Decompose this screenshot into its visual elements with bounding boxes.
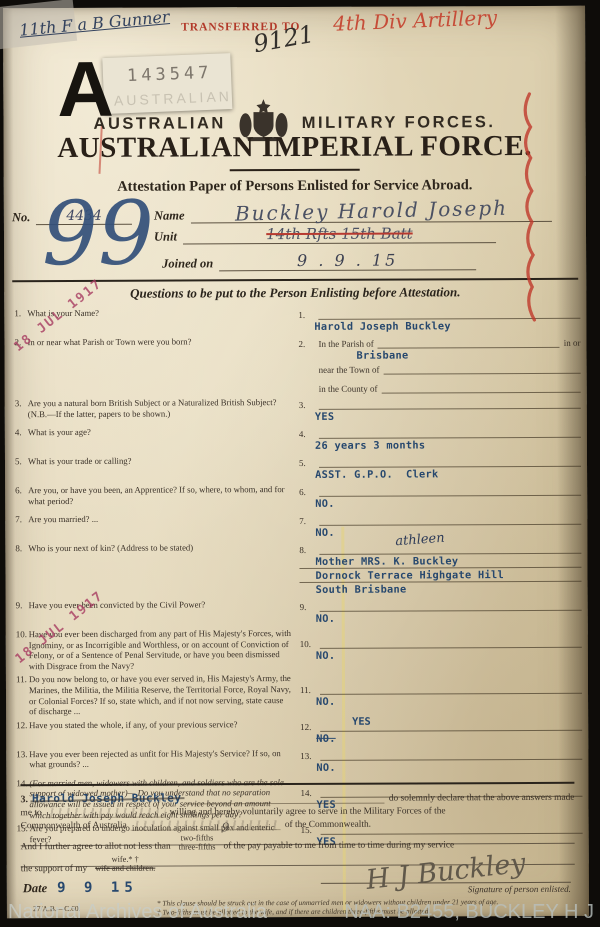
smudged-text [131,820,281,831]
label-ghost-text: AUSTRALIAN [114,88,233,109]
question-text: What is your age? [28,427,91,453]
signature-block: H J Buckley Signature of person enlisted… [321,856,571,895]
archive-label: 143547 AUSTRALIAN [102,53,232,114]
typed-answer: NO. [300,761,582,774]
question-number: 8. [15,543,28,597]
unit-value: 14th Rfts 15th Batt [266,224,413,243]
typed-answer: NO. [299,497,581,510]
answer-line [319,396,581,410]
joined-label: Joined on [162,256,213,271]
typed-answer-kin-2: Dornock Terrace Highgate Hill [299,569,581,583]
smudged-text [46,808,166,819]
declaration-number: 3. [20,794,28,805]
answer-line [384,361,581,375]
blank-line [186,793,385,805]
answer-line [319,425,581,439]
typed-answer: ASST. G.P.O. Clerk [299,468,581,481]
question-text: What is your trade or calling? [28,456,132,482]
typed-answer: NO. [300,732,582,745]
unit-field: Unit 14th Rfts 15th Batt [154,226,496,244]
question-row: 3.Are you a natural born British Subject… [13,396,581,424]
answer-number: 1. [298,310,318,320]
question-text: Are you, or have you been, an Apprentice… [28,484,291,511]
question-row: 2.In or near what Parish or Town were yo… [12,335,580,395]
answer-line [319,512,581,526]
title-underline [230,169,360,172]
handwritten-large-number: 99 [42,194,154,274]
red-ink-scribble [513,92,542,322]
question-row: 13.Have you ever been rejected as unfit … [14,747,582,775]
parish-label: In the Parish of [318,339,373,349]
number-label: No. [12,210,30,225]
answer-number: 13. [300,751,320,761]
name-value: Buckley Harold Joseph [234,198,508,224]
question-number: 3. [15,398,28,424]
question-number: 12. [16,720,29,746]
page-title: AUSTRALIAN IMPERIAL FORCE. [4,130,586,166]
pencil-mark: 9 [222,821,230,834]
question-row: 6.Are you, or have you been, an Apprenti… [13,483,581,511]
answer-line [320,635,582,649]
date-value: 9 9 15 [57,880,138,896]
question-text: Are you married? ... [28,514,98,540]
question-number: 5. [15,456,28,482]
archive-watermark-left: National Archives of Australia [8,901,267,924]
question-number: 9. [16,600,29,626]
declaration-typed-name: Harold Joseph Buckley [32,792,182,806]
answer-number: 12. [300,722,320,732]
declaration-text: do solemnly declare that the above answe… [389,793,575,804]
question-row: 5.What is your trade or calling? 5. ASST… [13,454,581,482]
date-field: Date 9 9 15 [23,880,138,897]
joined-field: Joined on 9 . 9 . 15 [162,252,476,271]
question-text: In or near what Parish or Town were you … [27,336,191,395]
joined-value: 9 . 9 . 15 [297,251,398,270]
answer-number: 5. [299,458,319,468]
allotment-text: of the pay payable to me from time to ti… [223,841,454,852]
question-text: Have you ever been rejected as unfit for… [29,748,292,775]
name-label: Name [154,208,185,223]
answer-line [378,335,560,349]
letter-a-stamp: A [57,50,114,128]
archive-watermark-right: NAA: B2455, BUCKLEY H J [344,901,594,924]
answer-line [320,598,582,612]
fraction-top: two-fifths [179,833,216,842]
question-row: 7.Are you married? ... 7. NO. [13,512,581,540]
date-signature-row: Date 9 9 15 H J Buckley Signature of per… [23,856,571,896]
answer-line [381,380,580,394]
question-number: 13. [16,749,29,775]
answer-line [319,483,581,497]
answer-line [320,747,582,761]
answer-number: 3. [299,400,319,410]
question-number: 7. [15,514,28,540]
question-text: Have you ever been discharged from any p… [29,628,292,672]
town-label: near the Town of [319,365,380,375]
answer-number: 8. [299,545,319,555]
answer-number: 2. [298,339,318,349]
typed-answer: 26 years 3 months [299,439,581,452]
question-number: 11. [16,675,29,717]
answer-number: 7. [299,516,319,526]
attestation-paper: 11th F a B Gunner TRANSFERRED TO 9121 4t… [3,6,589,919]
in-or-label: in or [564,338,581,348]
answer-number: 11. [300,685,320,695]
question-number: 6. [15,485,28,511]
typed-answer: NO. [300,694,582,707]
question-row: 4.What is your age? 4. 26 years 3 months [13,425,581,453]
allotment-text: And I further agree to allot not less th… [21,842,171,853]
declaration-text: me to [21,808,42,818]
question-text: Do you now belong to, or have you ever s… [29,673,292,717]
fraction-bottom: three-fifths [179,842,216,851]
typed-answer-kin-3: South Brisbane [300,583,582,596]
scanned-document-photo: 11th F a B Gunner TRANSFERRED TO 9121 4t… [0,0,600,927]
handwritten-artillery-note: 4th Div Artillery [333,5,498,35]
typed-answer: NO. [300,649,582,662]
name-field: Name Buckley Harold Joseph [154,200,552,224]
answer-number: 10. [300,639,320,649]
questions-table: 1.What is your Name? 1. Harold Joseph Bu… [12,306,582,853]
declaration-text: willing and hereby voluntarily agree to … [170,806,446,817]
answer-number: 9. [300,602,320,612]
typed-answer-correction: YES [352,716,371,728]
date-label: Date [23,881,47,896]
typed-answer: NO. [300,612,582,625]
answer-number: 6. [299,487,319,497]
question-row: 11.Do you now belong to, or have you eve… [14,672,582,717]
answer-line [319,541,581,555]
typed-answer: YES [299,410,581,423]
question-row: 1.What is your Name? 1. Harold Joseph Bu… [12,306,580,334]
fraction-options: two-fifths three-fifths 9 [179,833,216,851]
answer-line [320,680,582,694]
question-text: Are you a natural born British Subject o… [28,397,291,424]
county-label: in the County of [319,384,378,394]
question-number: 4. [15,427,28,453]
question-row: 12.Have you stated the whole, if any, of… [14,718,582,746]
answer-number: 4. [299,429,319,439]
archive-label-number: 143547 [127,62,232,86]
unit-label: Unit [154,230,177,245]
typed-answer-kin-1: Mother MRS. K. Buckley [299,555,581,569]
declaration-text: of the Commonwealth. [285,820,371,830]
question-row: 10.Have you ever been discharged from an… [14,627,582,672]
declaration-text: Commonwealth of Australia [21,821,127,831]
question-text: Who is your next of kin? (Address to be … [28,542,193,597]
question-text: Have you stated the whole, if any, of yo… [29,719,237,746]
answer-line [319,454,581,468]
